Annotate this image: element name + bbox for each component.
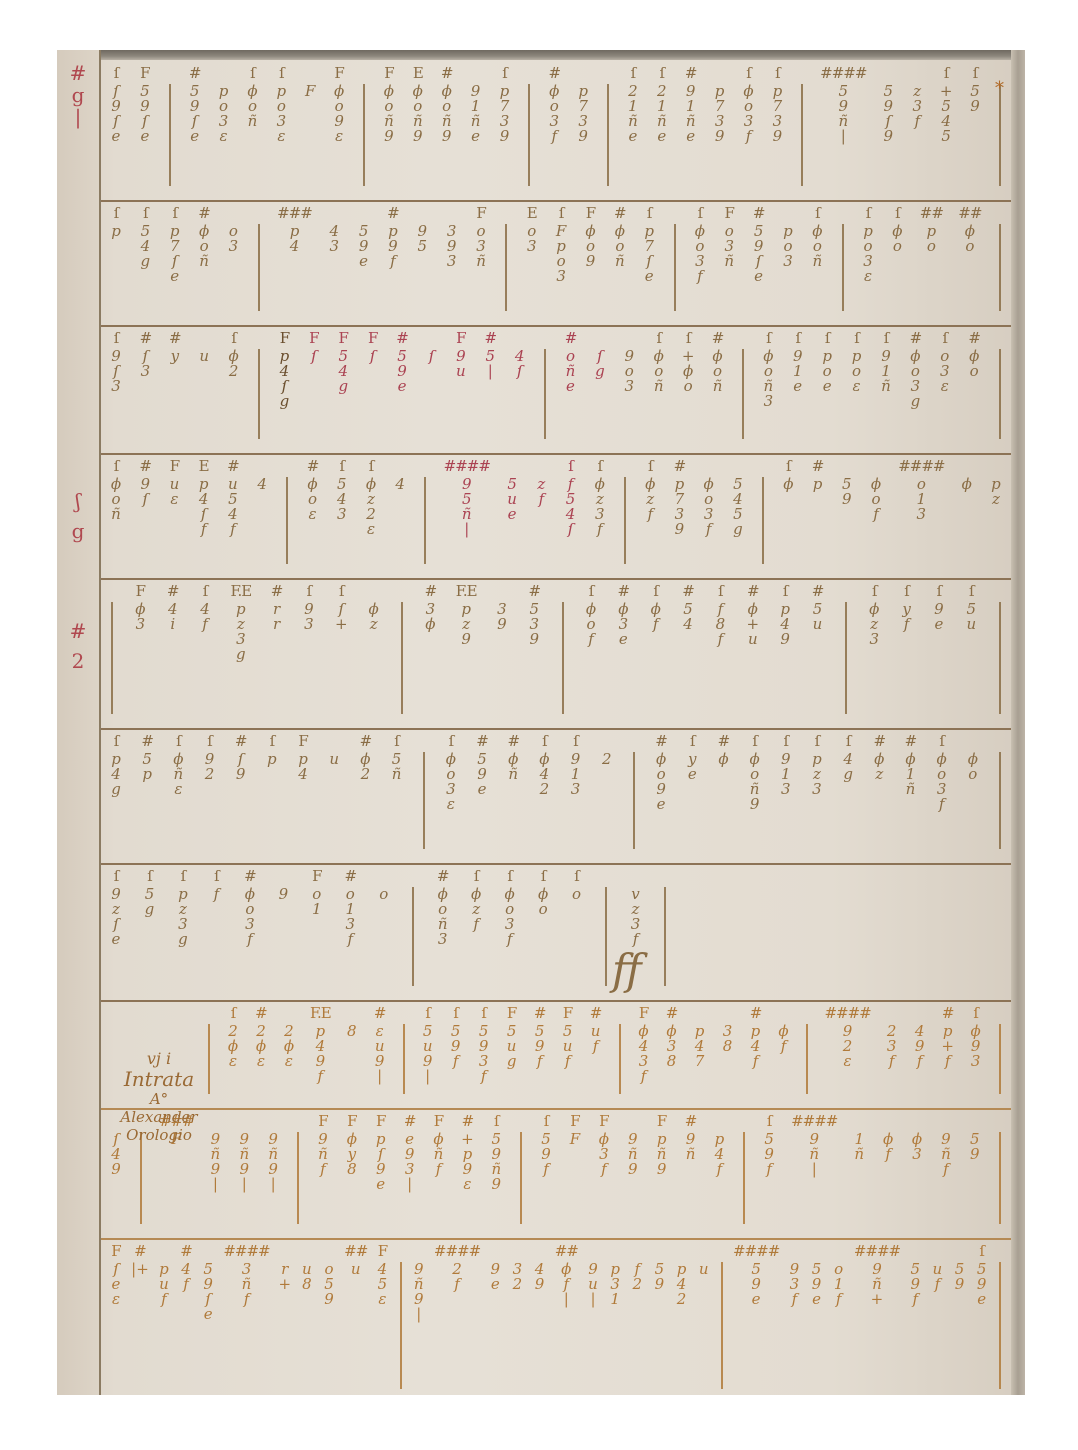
tab-letter: 4 [395,477,405,492]
tab-chord: ſp49 [778,584,792,647]
tab-chord: F5ug [505,1006,519,1069]
tab-chord [955,869,969,887]
tab-chord [821,869,835,887]
tab-letter: 8 [347,1024,357,1039]
tab-letter: 4 [290,239,300,254]
tab-chord: ſpz3 [810,734,824,797]
barline [999,602,1001,714]
barline [403,1024,405,1094]
tablature-system: ſ2ϕɛ#2ϕɛ2ϕɛF.Ep49f8#ɛu9|ſ5u9|ſ59fſ593fF5… [101,1000,1011,1110]
tab-letter: + [335,617,348,632]
tab-chord: Fo3ñ [722,206,736,269]
tablature-system: ſp4g#5pſϕñɛſ92#ſ9ſpFp4u#ϕ2ſ5ñſϕo3ɛ#59e#ϕ… [101,728,1011,865]
tab-chord: ſ9zſe [109,869,123,947]
barline [544,349,546,439]
tab-letter: u [351,1262,361,1277]
tab-letter: f [935,1277,941,1292]
tab-chord [754,869,768,887]
tab-chord: ſ93 [302,584,316,632]
tab-letter: | [464,522,469,537]
tab-chord: Fϕ3f [597,1114,611,1177]
tab-letter: 9 [497,617,507,632]
tab-chord: ſye [685,734,699,782]
tab-letter: ɛ [277,129,285,144]
tab-letter: | [242,1177,247,1192]
tab-letter: o [970,364,979,379]
barline [762,477,764,564]
tab-letter: 9 [628,1162,638,1177]
tab-letter: u [329,752,339,767]
barline [999,1262,1001,1389]
chord-row: Fϕ3#4iſ4fF.Epz3g#rrſ93ſſ+ϕz#3ϕF.Epz939#5… [109,584,1003,722]
tab-chord: ####92ɛ [824,1006,870,1069]
tab-chord: ſpoe [820,331,834,394]
page-top-shadow [57,50,1025,60]
tab-chord: Eϕoñ9 [411,66,425,144]
barline [412,887,414,986]
tab-chord: ſ4g [841,734,855,782]
tab-letter: 9 [529,632,539,647]
barline [619,1024,621,1094]
tab-letter: ñ [508,767,518,782]
tab-chord: u [327,734,341,767]
barline [423,752,425,849]
tab-letter: 9 [715,129,725,144]
tab-chord: Fϕoñ9 [382,66,396,144]
tab-letter: + [278,1277,291,1292]
tab-letter: g [236,647,246,662]
tab-letter: e [977,1292,986,1307]
tab-chord [721,869,735,887]
tab-letter: 3 [764,394,774,409]
tab-letter: 4 [683,617,693,632]
tab-chord: 59 [953,1244,967,1292]
finis-flourish: ff [612,945,642,994]
tab-chord: ſ5ñ [390,734,404,782]
tab-letter: ɛ [367,522,375,537]
tab-chord: 59ſe [201,1244,215,1322]
tab-letter: f [454,1277,460,1292]
barline [111,602,113,714]
tab-chord: ſϕoñ [652,331,666,394]
tab-chord: 9ñf [939,1114,953,1177]
tab-letter: o [893,239,902,254]
tab-letter: ſ [370,349,376,364]
chord-row: ſ49###F9ñ9|9ñ9|9ñ9|F9ñfFϕy8Fpſ9e#e93|Fϕñ… [109,1114,1003,1232]
tab-chord: Fſeɛ [109,1244,123,1307]
tab-letter: ñ [654,379,664,394]
tab-chord: Fpſ9e [374,1114,388,1192]
tab-chord: ##ϕf| [555,1244,578,1307]
tab-chord: Ep4ſf [197,459,211,537]
tab-letter: 9 [750,797,760,812]
tablature-system: ſ49###F9ñ9|9ñ9|9ñ9|F9ñfFϕy8Fpſ9e#e93|Fϕñ… [101,1108,1011,1240]
tab-letter: 2 [633,1277,643,1292]
tab-chord: #ſ3 [138,331,152,379]
binding-edge [1011,50,1025,1395]
tab-letter: u [199,349,209,364]
tab-letter: g [507,1054,517,1069]
tab-letter: + [871,1292,884,1307]
tab-chord: #y [168,331,182,364]
tab-letter: 8 [723,1039,733,1054]
barline [845,602,847,714]
tab-chord: #9ſ [138,459,152,507]
barline [169,84,171,186]
tab-letter: e [752,1292,761,1307]
tab-letter: o [927,239,936,254]
tab-letter: ɛ [844,1054,852,1069]
tab-chord: F.Epz9 [456,584,477,647]
tab-chord: 9ñ9| [237,1114,251,1192]
tab-chord: ſ543 [335,459,349,522]
tab-letter: y [171,349,179,364]
tab-letter: g [145,902,155,917]
tab-letter: u [456,364,466,379]
tab-chord: ſFpo3 [554,206,568,284]
tab-letter: 9 [955,1277,965,1292]
tab-letter: | [425,1069,430,1084]
tab-letter: o [965,239,974,254]
tab-letter: g [733,522,743,537]
tab-chord: ſ5u [964,584,978,632]
barline [633,752,635,849]
tab-letter: p [142,767,152,782]
tab-chord: z3f [910,66,924,129]
tab-chord: ſϕoñ [109,459,123,522]
tab-letter: f [717,1162,723,1177]
tab-letter: 2 [677,1292,687,1307]
tab-chord: F.Ep49f [310,1006,331,1084]
tab-chord: #ϕo9e [654,734,668,812]
tab-letter: ñ [248,114,258,129]
tab-chord: 59f [908,1244,922,1307]
tab-chord: ſϕoñ [245,66,259,129]
tab-chord: ###p4 [277,206,312,254]
tab-letter: 8 [302,1277,312,1292]
chord-row: ſpſ54gſp7ſe#ϕoño3###p44359e#p9f95393Fo3ñ… [109,206,1003,319]
tab-chord: ſ21ñe [655,66,669,144]
tab-chord: 2ϕɛ [282,1006,296,1069]
tab-chord: ſſ9ſe [109,66,123,144]
tab-letter: p [813,477,823,492]
barline [520,1132,522,1224]
tab-chord: ſpo3ɛ [861,206,875,284]
tab-chord: ##ϕo [958,206,981,254]
chord-row: ſ9ſ3#ſ3#yuſϕ2Fp4ſgFſF54gFſ#59eſF9u#5|4ſ#… [109,331,1003,447]
tab-chord: u [197,331,211,364]
tab-letter: f [904,617,910,632]
tab-chord: 9o3 [622,331,636,394]
tab-chord: ####95ñ| [444,459,490,537]
tab-letter: ñ [199,254,209,269]
tab-letter: ϕ [783,477,793,492]
tab-chord: 5ue [505,459,519,522]
tab-chord: #5u [811,584,825,632]
barline [363,84,365,186]
tab-letter: ñ [724,254,734,269]
tab-chord [855,869,869,887]
tab-chord: Fſ [366,331,380,364]
tab-letter: o [684,379,693,394]
tab-chord: ſſ+ [334,584,348,632]
tab-chord: ſpz3g [176,869,190,947]
tab-letter: p [111,224,121,239]
tab-chord: #p [811,459,825,492]
tab-chord: ſ593f [477,1006,491,1084]
tab-letter: 3 [337,507,347,522]
tab-letter: o [379,887,388,902]
tab-chord: po3 [781,206,795,269]
tab-letter: g [843,767,853,782]
barline [806,1024,808,1094]
barline [607,84,609,186]
tab-letter: 1 [610,1292,620,1307]
tab-letter: F [570,1132,580,1147]
tab-chord: ſ913 [779,734,793,797]
tab-letter: g [338,379,348,394]
tab-chord: Fϕo9 [583,206,597,269]
tab-chord: po3ɛ [217,66,231,144]
tab-letter: 9 [884,129,894,144]
tab-letter: ſ [568,522,574,537]
tab-letter: g [280,394,290,409]
tab-letter: 9 [442,129,452,144]
tab-chord: ####59ñ| [820,66,866,144]
chord-row: ſſ9ſeF59ſe#59ſepo3ɛſϕoñſpo3ɛFFϕo9ɛFϕoñ9E… [109,66,1003,194]
tab-chord: F.Epz3g [230,584,251,662]
tab-letter: f [539,492,545,507]
tab-letter: ñ [686,1147,696,1162]
tab-letter: 2 [513,1277,523,1292]
tablature-system: ſpſ54gſp7ſe#ϕoño3###p44359e#p9f95393Fo3ñ… [101,200,1011,327]
tab-chord: ſf [209,869,223,902]
tab-chord: Fϕñf [432,1114,446,1177]
tab-chord: #ϕoñ3 [436,869,450,947]
tab-letter: e [566,379,575,394]
tab-chord: ϕ [960,459,974,492]
tab-letter: e [140,129,149,144]
tab-letter: F [305,84,315,99]
tab-letter: f [537,1054,543,1069]
tab-chord: #ϕz [872,734,886,782]
tab-chord: ϕf [881,1114,895,1162]
tab-chord: #5p [140,734,154,782]
tab-chord: #ϕoñ [613,206,627,269]
tab-letter: ñ [476,254,486,269]
tab-letter: 9 [655,1277,665,1292]
barline [999,84,1001,186]
tab-chord: ſ+545 [939,66,953,144]
tab-chord: #ϕoñ [711,331,725,394]
tab-letter: 2 [602,752,612,767]
tab-letter: 8 [667,1054,677,1069]
tab-chord: #ϕ3e [616,584,630,647]
tab-letter: 5 [418,239,428,254]
tab-chord: #p+f [941,1006,955,1069]
tab-letter: 4 [298,767,308,782]
tab-letter: ñ [392,767,402,782]
barline [562,602,564,714]
tab-chord: ſϕ [781,459,795,492]
tab-chord: 9u| [586,1244,600,1307]
tab-letter: 2 [540,782,550,797]
tab-letter: ſ [311,349,317,364]
tab-letter: 3 [447,254,457,269]
tab-chord: #p4f [748,1006,762,1069]
rubric-composer-last: Orologio [109,1126,209,1144]
tab-letter: u [699,1262,709,1277]
piece-rubric: vj i Intrata A° Alexander Orologio [109,1050,209,1144]
tablature-system: Fϕ3#4iſ4fF.Epz3g#rrſ93ſſ+ϕz#3ϕF.Epz939#5… [101,578,1011,730]
tab-chord: ſ913 [569,734,583,797]
tab-chord: ſ59 [968,66,982,114]
tab-chord: #o13f [343,869,357,947]
tab-letter: f [943,1162,949,1177]
tab-chord: #54 [681,584,695,632]
tab-letter: 3 [136,617,146,632]
barline [742,349,744,439]
tab-chord: u8 [300,1244,314,1292]
tab-letter: 3 [438,932,448,947]
tab-letter: g [911,394,921,409]
tab-letter: i [170,617,175,632]
tab-letter: f [647,507,653,522]
tab-letter: 9 [492,1177,502,1192]
tab-chord: ſg [593,331,607,379]
tab-letter: f [230,522,236,537]
tab-letter: f [641,1069,647,1084]
tab-chord: #9ñ [684,1114,698,1162]
tab-letter: e [823,379,832,394]
tab-chord: ####3ñf [223,1244,269,1307]
chord-row: ſp4g#5pſϕñɛſ92#ſ9ſpFp4u#ϕ2ſ5ñſϕo3ɛ#59e#ϕ… [109,734,1003,857]
barline [999,349,1001,439]
tab-letter: f [792,1292,798,1307]
rubric-composer-first: Alexander [109,1108,209,1126]
tab-letter: f [766,1162,772,1177]
tab-chord: 4 [255,459,269,492]
tab-letter: e [657,797,666,812]
margin-mark: # [63,620,93,642]
tab-chord: ϕo3f [702,459,716,537]
tab-chord: ſ5g [142,869,156,917]
tab-chord: 9ñ9| [412,1244,426,1322]
tab-chord: Fpñ9 [655,1114,669,1177]
tab-chord: #ϕoɛ [306,459,320,522]
tab-letter: ɛ [220,129,228,144]
tab-chord: ſp [265,734,279,767]
tab-letter: f [320,1162,326,1177]
tab-letter: f [706,522,712,537]
tab-chord: 49 [533,1244,547,1292]
tab-chord: 9e [488,1244,502,1292]
tab-letter: 9 [675,522,685,537]
tab-letter: 9 [461,632,471,647]
tab-letter: 9 [384,129,394,144]
tab-chord: #ϕo3f [243,869,257,947]
tab-chord: #ϕo3f [547,66,561,144]
tab-chord: 1ñ [852,1114,866,1162]
tab-chord: ####9ñ+ [854,1244,900,1307]
tab-letter: f [453,1054,459,1069]
tab-chord: ſϕoñ3 [761,331,775,409]
tab-letter: ſ [142,492,148,507]
tab-letter: e [359,254,368,269]
tab-chord: 9ñ9| [266,1114,280,1192]
tab-chord: F45ɛ [375,1244,389,1307]
tab-letter: 7 [695,1054,705,1069]
tab-letter: e [204,1307,213,1322]
tab-chord: ſϕzf [643,459,657,522]
tab-chord: F [303,66,317,99]
tab-letter: ɛ [941,379,949,394]
tablature-system: ſϕoñ#9ſFuɛEp4ſf#u54f4#ϕoɛſ543ſϕz2ɛ4####9… [101,453,1011,580]
tab-chord: ϕof [869,459,883,522]
tab-chord: #ϕo [967,331,981,379]
tab-chord: Fϕ3 [133,584,147,632]
tab-letter: 9 [657,1162,667,1177]
tab-chord: FF [568,1114,582,1147]
tab-chord: #ϕoñ9 [440,66,454,144]
tab-chord: ſ59f [539,1114,553,1177]
tab-chord: ſp739 [770,66,784,144]
tab-letter: e [688,767,697,782]
tab-chord: ſϕo3f [935,734,949,812]
tab-letter: 9 [773,129,783,144]
tab-letter: ɛ [285,1054,293,1069]
tab-letter: 9 [970,99,980,114]
tab-chord: F9u [454,331,468,379]
tab-letter: g [178,932,188,947]
tab-chord: 39 [495,584,509,632]
tablature-system: ſſ9ſeF59ſe#59ſepo3ɛſϕoñſpo3ɛFFϕo9ɛFϕoñ9E… [101,60,1011,202]
tab-chord: ####o13 [898,459,944,522]
tab-chord: p42 [675,1244,689,1307]
tab-chord: 59e [357,206,371,269]
tab-letter: 9 [842,492,852,507]
tab-letter: | [564,1292,569,1307]
tab-chord: #ϕ38 [665,1006,679,1069]
tab-chord: Fϕo9ɛ [332,66,346,144]
tab-letter: e [934,617,943,632]
tab-letter: ɛ [335,129,343,144]
chord-row: ſ2ϕɛ#2ϕɛ2ϕɛF.Ep49f8#ɛu9|ſ5u9|ſ59fſ593fF5… [206,1006,1003,1102]
barline [400,1262,402,1389]
tab-letter: 3 [912,1147,922,1162]
tab-letter: f [390,254,396,269]
tab-chord: ſ9e [932,584,946,632]
tab-chord: #5| [483,331,497,379]
tab-chord: ϕf [776,1006,790,1054]
tab-letter: f [889,1054,895,1069]
tab-letter: e [812,1292,821,1307]
tab-chord [788,869,802,887]
barline [528,84,530,186]
tab-letter: z [992,492,1000,507]
chord-row: Fſeɛ#|+puf#4f59ſe####3ñfr+u8o59##uF45ɛ9ñ… [109,1244,1003,1395]
barline [297,1132,299,1224]
tab-chord: ϕo [966,734,980,782]
tab-letter: 2 [229,364,239,379]
tab-letter: 3 [571,782,581,797]
tab-chord: #3ϕ [423,584,437,632]
tab-chord: ſϕ42 [537,734,551,797]
tab-chord: ſϕzf [469,869,483,932]
barline [743,1132,745,1224]
barline [424,477,426,564]
tab-chord: o1f [832,1244,846,1307]
